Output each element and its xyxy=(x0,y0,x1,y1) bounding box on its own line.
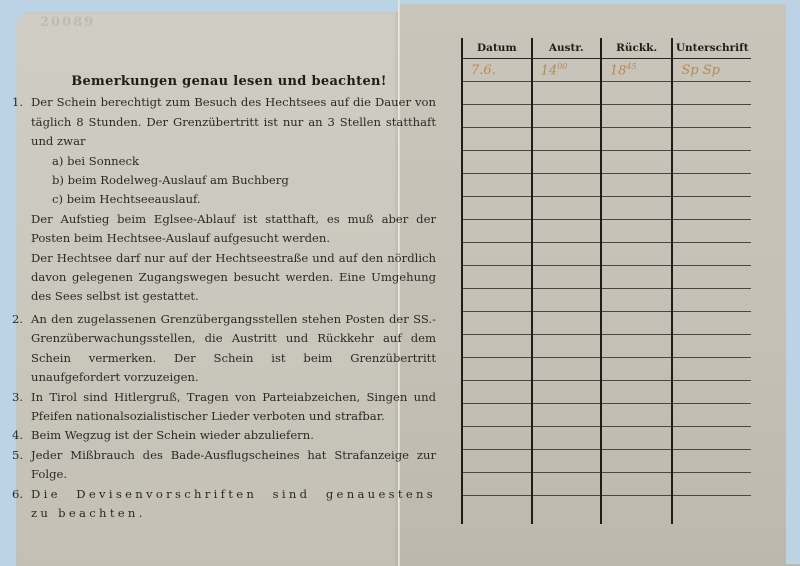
cell-austritt xyxy=(532,496,601,525)
table-row xyxy=(462,105,751,128)
cell-rueckkehr xyxy=(601,82,673,105)
table-row xyxy=(462,174,751,197)
cell-rueckkehr xyxy=(601,427,673,450)
cell-datum xyxy=(462,404,532,427)
cell-datum xyxy=(462,105,532,128)
table-row xyxy=(462,151,751,174)
crossing-point-a: a) bei Sonneck xyxy=(12,152,436,171)
cell-austritt xyxy=(532,174,601,197)
table-row xyxy=(462,82,751,105)
cell-rueckkehr xyxy=(601,335,673,358)
column-header-austritt: Austr. xyxy=(532,38,601,59)
cell-unterschrift xyxy=(672,381,751,404)
cell-rueckkehr xyxy=(601,496,673,525)
cell-unterschrift xyxy=(672,220,751,243)
cell-austritt xyxy=(532,381,601,404)
cell-rueckkehr xyxy=(601,128,673,151)
table-row xyxy=(462,358,751,381)
cell-austritt xyxy=(532,404,601,427)
cell-rueckkehr: 1845 xyxy=(601,59,673,82)
notice-section: Bemerkungen genau lesen und beachten! 1.… xyxy=(12,72,436,523)
cell-austritt xyxy=(532,358,601,381)
cell-unterschrift xyxy=(672,427,751,450)
column-header-rueckkehr: Rückk. xyxy=(601,38,673,59)
torn-edge xyxy=(786,4,800,564)
cell-rueckkehr xyxy=(601,174,673,197)
table-row xyxy=(462,404,751,427)
rule-text: In Tirol sind Hitlergruß, Tragen von Par… xyxy=(31,388,436,427)
cell-austritt xyxy=(532,266,601,289)
cell-datum xyxy=(462,243,532,266)
table-row xyxy=(462,243,751,266)
table-row xyxy=(462,128,751,151)
cell-datum xyxy=(462,450,532,473)
crossing-point-b: b) beim Rodelweg-Auslauf am Buchberg xyxy=(12,171,436,190)
rule-item-1: 1. Der Schein berechtigt zum Besuch des … xyxy=(12,93,436,151)
cell-unterschrift xyxy=(672,243,751,266)
faint-stamp: 20089 xyxy=(40,15,95,30)
cell-rueckkehr xyxy=(601,473,673,496)
column-header-unterschrift: Unterschrift xyxy=(672,38,751,59)
notice-title: Bemerkungen genau lesen und beachten! xyxy=(22,72,436,91)
cell-austritt xyxy=(532,450,601,473)
cell-rueckkehr xyxy=(601,381,673,404)
rule-number: 4. xyxy=(12,426,31,445)
cell-austritt xyxy=(532,220,601,243)
cell-unterschrift xyxy=(672,473,751,496)
cell-austritt xyxy=(532,128,601,151)
cell-unterschrift xyxy=(672,197,751,220)
cell-datum xyxy=(462,358,532,381)
cell-austritt xyxy=(532,335,601,358)
rule-text: Jeder Mißbrauch des Bade-Ausflugscheines… xyxy=(31,446,436,485)
cell-unterschrift xyxy=(672,105,751,128)
cell-datum xyxy=(462,427,532,450)
cell-datum xyxy=(462,496,532,525)
cell-austritt xyxy=(532,197,601,220)
cell-austritt: 1400 xyxy=(532,59,601,82)
cell-datum xyxy=(462,381,532,404)
rueckkehr-minutes: 45 xyxy=(626,62,636,71)
cell-datum xyxy=(462,335,532,358)
cell-datum xyxy=(462,473,532,496)
rule-item-3: 3. In Tirol sind Hitlergruß, Tragen von … xyxy=(12,388,436,427)
cell-datum xyxy=(462,82,532,105)
cell-rueckkehr xyxy=(601,220,673,243)
rule-number: 5. xyxy=(12,446,31,485)
cell-datum xyxy=(462,266,532,289)
rule-number: 1. xyxy=(12,93,31,151)
cell-datum xyxy=(462,197,532,220)
cell-datum xyxy=(462,289,532,312)
rule-1-paragraph: Der Hechtsee darf nur auf der Hechtseest… xyxy=(12,249,436,307)
cell-rueckkehr xyxy=(601,312,673,335)
cell-austritt xyxy=(532,473,601,496)
cell-austritt xyxy=(532,82,601,105)
cell-unterschrift xyxy=(672,289,751,312)
cell-austritt xyxy=(532,105,601,128)
austritt-minutes: 00 xyxy=(557,62,567,71)
cell-datum xyxy=(462,128,532,151)
cell-rueckkehr xyxy=(601,197,673,220)
rule-item-5: 5. Jeder Mißbrauch des Bade-Ausflugschei… xyxy=(12,446,436,485)
cell-datum: 7.6. xyxy=(462,59,532,82)
cell-rueckkehr xyxy=(601,358,673,381)
table-row xyxy=(462,289,751,312)
cell-rueckkehr xyxy=(601,404,673,427)
rule-item-6: 6. Die Devisenvorschriften sind genauest… xyxy=(12,485,436,524)
rule-text: Die Devisenvorschriften sind genauestens… xyxy=(31,485,436,524)
rule-text: An den zugelassenen Grenzübergangsstelle… xyxy=(31,310,436,388)
crossing-point-c: c) beim Hechtseeauslauf. xyxy=(12,190,436,209)
table-row xyxy=(462,197,751,220)
rule-item-4: 4. Beim Wegzug ist der Schein wieder abz… xyxy=(12,426,436,445)
table-row xyxy=(462,381,751,404)
rule-item-2: 2. An den zugelassenen Grenzübergangsste… xyxy=(12,310,436,388)
cell-unterschrift xyxy=(672,404,751,427)
cell-austritt xyxy=(532,243,601,266)
cell-rueckkehr xyxy=(601,151,673,174)
table-row xyxy=(462,266,751,289)
crossing-log-table: Datum Austr. Rückk. Unterschrift 7.6. 14… xyxy=(461,38,751,524)
cell-rueckkehr xyxy=(601,289,673,312)
cell-rueckkehr xyxy=(601,243,673,266)
rule-number: 6. xyxy=(12,485,31,524)
cell-rueckkehr xyxy=(601,105,673,128)
cell-austritt xyxy=(532,151,601,174)
cell-unterschrift: Sp Sp xyxy=(672,59,751,82)
cell-rueckkehr xyxy=(601,450,673,473)
cell-rueckkehr xyxy=(601,266,673,289)
cell-unterschrift xyxy=(672,174,751,197)
table-row xyxy=(462,335,751,358)
table-row: 7.6. 1400 1845 Sp Sp xyxy=(462,59,751,82)
austritt-hour: 14 xyxy=(541,63,558,78)
cell-unterschrift xyxy=(672,82,751,105)
cell-datum xyxy=(462,174,532,197)
cell-unterschrift xyxy=(672,266,751,289)
table-row xyxy=(462,450,751,473)
table-row xyxy=(462,427,751,450)
cell-austritt xyxy=(532,312,601,335)
cell-datum xyxy=(462,312,532,335)
rueckkehr-hour: 18 xyxy=(610,63,627,78)
rule-text: Der Schein berechtigt zum Besuch des Hec… xyxy=(31,93,436,151)
cell-austritt xyxy=(532,427,601,450)
column-header-datum: Datum xyxy=(462,38,532,59)
rule-number: 2. xyxy=(12,310,31,388)
rule-text: Beim Wegzug ist der Schein wieder abzuli… xyxy=(31,426,436,445)
rule-1-paragraph: Der Aufstieg beim Eglsee-Ablauf ist stat… xyxy=(12,210,436,249)
cell-unterschrift xyxy=(672,358,751,381)
rule-number: 3. xyxy=(12,388,31,427)
cell-unterschrift xyxy=(672,335,751,358)
cell-unterschrift xyxy=(672,128,751,151)
cell-datum xyxy=(462,151,532,174)
table-row xyxy=(462,312,751,335)
table-row xyxy=(462,220,751,243)
cell-unterschrift xyxy=(672,151,751,174)
cell-unterschrift xyxy=(672,312,751,335)
table-row xyxy=(462,473,751,496)
cell-datum xyxy=(462,220,532,243)
table-header-row: Datum Austr. Rückk. Unterschrift xyxy=(462,38,751,59)
cell-unterschrift xyxy=(672,450,751,473)
table-row xyxy=(462,496,751,525)
cell-unterschrift xyxy=(672,496,751,525)
cell-austritt xyxy=(532,289,601,312)
